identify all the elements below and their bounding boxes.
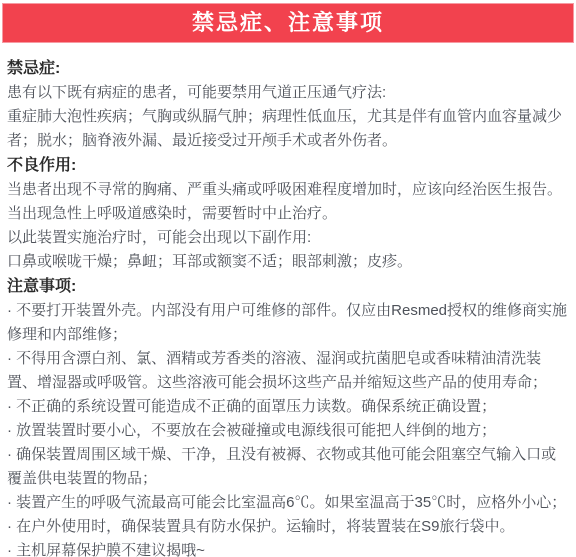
bullet-item: · 装置产生的呼吸气流最高可能会比室温高6℃。如果室温高于35℃时，应格外小心； [7, 491, 570, 515]
section-heading-precautions: 注意事项: [7, 275, 570, 299]
bullet-item: · 主机屏幕保护膜不建议揭哦~ [7, 539, 570, 557]
bullet-item: · 不得用含漂白剂、氯、酒精或芳香类的溶液、湿润或抗菌肥皂或香味精油清洗装置、增… [7, 347, 570, 395]
paragraph: 重症肺大泡性疾病；气胸或纵膈气肿；病理性低血压，尤其是伴有血管内血容量减少者；脱… [7, 105, 570, 153]
section-heading-adverse-effects: 不良作用: [7, 154, 570, 178]
paragraph: 当患者出现不寻常的胸痛、严重头痛或呼吸困难程度增加时，应该向经治医生报告。 [7, 178, 570, 202]
paragraph: 患有以下既有病症的患者，可能要禁用气道正压通气疗法: [7, 81, 570, 105]
title-banner: 禁忌症、注意事项 [2, 3, 574, 43]
paragraph: 当出现急性上呼吸道感染时，需要暂时中止治疗。 [7, 202, 570, 226]
paragraph: 口鼻或喉咙干燥；鼻衄；耳部或额窦不适；眼部刺激；皮疹。 [7, 250, 570, 274]
bullet-item: · 在户外使用时，确保装置具有防水保护。运输时，将装置装在S9旅行袋中。 [7, 515, 570, 539]
bullet-item: · 确保装置周围区域干燥、干净，且没有被褥、衣物或其他可能会阻塞空气输入口或覆盖… [7, 443, 570, 491]
bullet-item: · 不正确的系统设置可能造成不正确的面罩压力读数。确保系统正确设置； [7, 395, 570, 419]
paragraph: 以此装置实施治疗时，可能会出现以下副作用: [7, 226, 570, 250]
document-page: 禁忌症、注意事项 禁忌症: 患有以下既有病症的患者，可能要禁用气道正压通气疗法:… [0, 0, 576, 557]
section-heading-contraindications: 禁忌症: [7, 57, 570, 81]
document-body: 禁忌症: 患有以下既有病症的患者，可能要禁用气道正压通气疗法: 重症肺大泡性疾病… [0, 43, 576, 557]
page-title: 禁忌症、注意事项 [192, 12, 384, 34]
bullet-item: · 不要打开装置外壳。内部没有用户可维修的部件。仅应由Resmed授权的维修商实… [7, 299, 570, 347]
bullet-item: · 放置装置时要小心，不要放在会被碰撞或电源线很可能把人绊倒的地方； [7, 419, 570, 443]
